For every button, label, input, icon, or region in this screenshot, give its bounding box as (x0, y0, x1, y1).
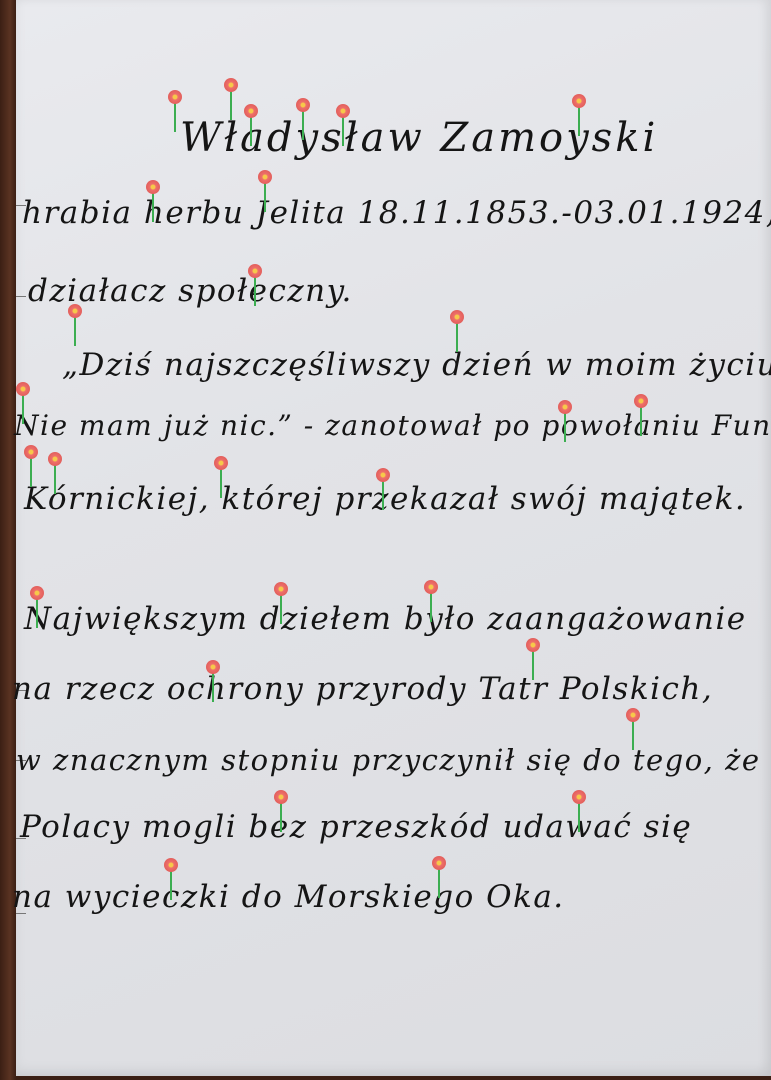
text-line-6: Największym dziełem było zaangażowanie (24, 604, 747, 635)
flower-icon (248, 264, 262, 278)
flower-icon (432, 856, 446, 870)
flower-icon (572, 790, 586, 804)
text-line-5: Kórnickiej, której przekazał swój mająte… (24, 484, 746, 515)
flower-icon (376, 468, 390, 482)
flower-icon (16, 382, 30, 396)
margin-tick (16, 296, 26, 297)
text-line-7: na rzecz ochrony przyrody Tatr Polskich, (12, 674, 713, 705)
flower-icon (68, 304, 82, 318)
flower-icon (48, 452, 62, 466)
flower-icon (296, 98, 310, 112)
flower-icon (626, 708, 640, 722)
flower-icon (224, 78, 238, 92)
flower-icon (526, 638, 540, 652)
flower-icon (558, 400, 572, 414)
flower-icon (30, 586, 44, 600)
flower-icon (24, 445, 38, 459)
flower-icon (450, 310, 464, 324)
text-line-2: działacz społeczny. (28, 276, 353, 307)
flower-icon (168, 90, 182, 104)
text-line-3: „Dziś najszczęśliwszy dzień w moim życiu… (62, 350, 771, 381)
flower-icon (146, 180, 160, 194)
flower-icon (214, 456, 228, 470)
flower-icon (258, 170, 272, 184)
flower-icon (244, 104, 258, 118)
text-line-4: Nie mam już nic.” - zanotował po powołan… (14, 412, 771, 440)
flower-icon (206, 660, 220, 674)
text-line-9: Polacy mogli bez przeszkód udawać się (20, 812, 692, 843)
flower-icon (634, 394, 648, 408)
flower-icon (274, 790, 288, 804)
flower-icon (336, 104, 350, 118)
flower-icon (572, 94, 586, 108)
flower-icon (424, 580, 438, 594)
flower-icon (164, 858, 178, 872)
text-line-10: na wycieczki do Morskiego Oka. (12, 882, 565, 913)
flower-icon (274, 582, 288, 596)
text-line-8: w znacznym stopniu przyczynił się do teg… (16, 746, 761, 775)
text-line-1: hrabia herbu Jelita 18.11.1853.-03.01.19… (22, 198, 771, 229)
